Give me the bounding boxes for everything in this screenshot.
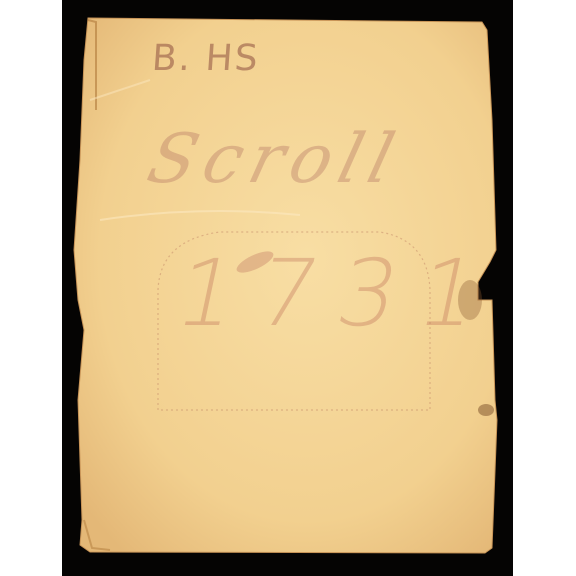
paper-cover	[0, 0, 576, 576]
